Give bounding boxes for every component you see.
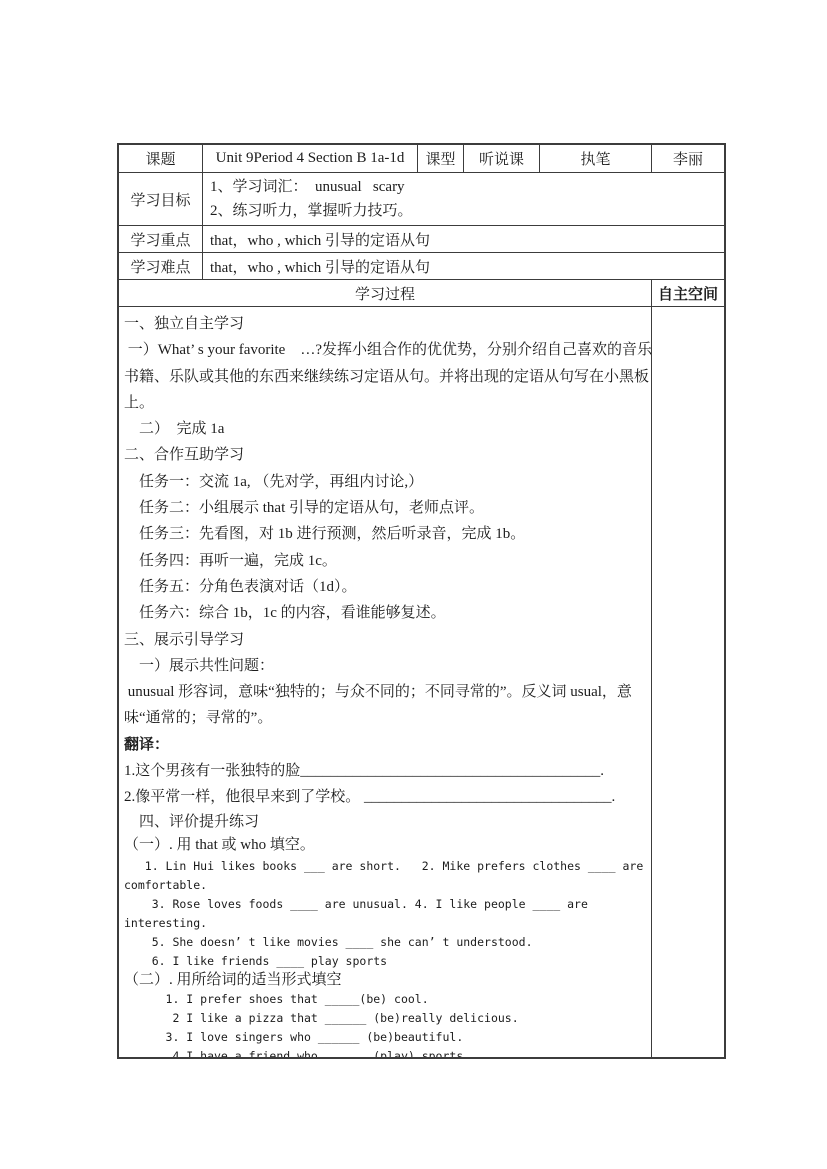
process-line-3: 书籍、乐队或其他的东西来继续练习定语从句。并将出现的定语从句写在小黑板 [124,364,650,390]
process-line-16: 味“通常的；寻常的”。 [124,705,650,731]
learning-goal-label: 学习目标 [119,173,203,225]
process-line-19: 2.像平常一样，他很早来到了学校。 ______________________… [124,784,650,810]
self-space-content [652,307,724,1057]
process-line-8: 任务二：小组展示 that 引导的定语从句，老师点评。 [124,495,650,521]
meta-row-difficulty: 学习难点 that，who , which 引导的定语从句 [119,253,724,280]
process-header: 学习过程 [119,280,652,306]
self-space-header: 自主空间 [652,280,724,306]
author-label: 执笔 [540,145,652,172]
course-topic-label: 课题 [119,145,203,172]
process-line-30: 2 I like a pizza that ______ (be)really … [124,1009,650,1028]
lesson-type-label: 课型 [418,145,464,172]
meta-row-title: 课题 Unit 9Period 4 Section B 1a-1d 课型 听说课… [119,145,724,173]
author-value: 李丽 [652,145,724,172]
difficult-point-value: that，who , which 引导的定语从句 [203,253,724,279]
meta-row-keypoint: 学习重点 that，who , which 引导的定语从句 [119,226,724,253]
process-line-7: 任务一：交流 1a, （先对学，再组内讨论,） [124,469,650,495]
process-line-18: 1.这个男孩有一张独特的脸___________________________… [124,758,650,784]
lesson-type-value: 听说课 [464,145,540,172]
learning-goal-value: 1、学习词汇： unusual scary 2、练习听力，掌握听力技巧。 [203,173,724,225]
process-content: 一、独立自主学习 一）What’ s your favorite …?发挥小组合… [119,307,652,1057]
process-line-22: 1. Lin Hui likes books ___ are short. 2.… [124,857,650,876]
difficult-point-label: 学习难点 [119,253,203,279]
process-line-10: 任务四：再听一遍，完成 1c。 [124,548,650,574]
section-header-row: 学习过程 自主空间 [119,280,724,307]
page: { "colors": { "border": "#3c3c3c", "text… [0,0,827,1169]
process-line-11: 任务五：分角色表演对话（1d）。 [124,574,650,600]
goal-line-1: 1、学习词汇： unusual scary [210,175,405,199]
process-line-20: 四、评价提升练习 [124,811,650,834]
process-line-26: 5. She doesn’ t like movies ____ she can… [124,933,650,952]
process-row: 一、独立自主学习 一）What’ s your favorite …?发挥小组合… [119,307,724,1057]
process-line-31: 3. I love singers who ______ (be)beautif… [124,1028,650,1047]
process-line-28: （二）. 用所给词的适当形式填空 [124,971,650,991]
process-line-4: 上。 [124,390,650,416]
process-line-15: unusual 形容词，意味“独特的；与众不同的；不同寻常的”。反义词 usua… [124,679,650,705]
key-point-value: that，who , which 引导的定语从句 [203,226,724,252]
meta-row-goals: 学习目标 1、学习词汇： unusual scary 2、练习听力，掌握听力技巧… [119,173,724,226]
course-topic-value: Unit 9Period 4 Section B 1a-1d [203,145,418,172]
key-point-label: 学习重点 [119,226,203,252]
process-line-21: （一）. 用 that 或 who 填空。 [124,834,650,857]
process-line-32: 4 I have a friend who ______ (play) spor… [124,1047,650,1057]
process-line-5: 二） 完成 1a [124,416,650,442]
process-line-17: 翻译： [124,732,650,758]
process-line-6: 二、合作互助学习 [124,442,650,468]
process-line-29: 1. I prefer shoes that _____(be) cool. [124,990,650,1009]
process-line-9: 任务三：先看图，对 1b 进行预测，然后听录音，完成 1b。 [124,521,650,547]
process-line-24: 3. Rose loves foods ____ are unusual. 4.… [124,895,650,914]
process-line-12: 任务六：综合 1b，1c 的内容，看谁能够复述。 [124,600,650,626]
goal-line-2: 2、练习听力，掌握听力技巧。 [210,199,413,223]
process-line-23: comfortable. [124,876,650,895]
process-line-1: 一、独立自主学习 [124,311,650,337]
process-line-27: 6. I like friends ____ play sports [124,952,650,971]
process-line-25: interesting. [124,914,650,933]
process-line-14: 一）展示共性问题： [124,653,650,679]
process-line-2: 一）What’ s your favorite …?发挥小组合作的优优势，分别介… [124,337,650,363]
process-line-13: 三、展示引导学习 [124,627,650,653]
lesson-plan-table: 课题 Unit 9Period 4 Section B 1a-1d 课型 听说课… [117,143,726,1059]
